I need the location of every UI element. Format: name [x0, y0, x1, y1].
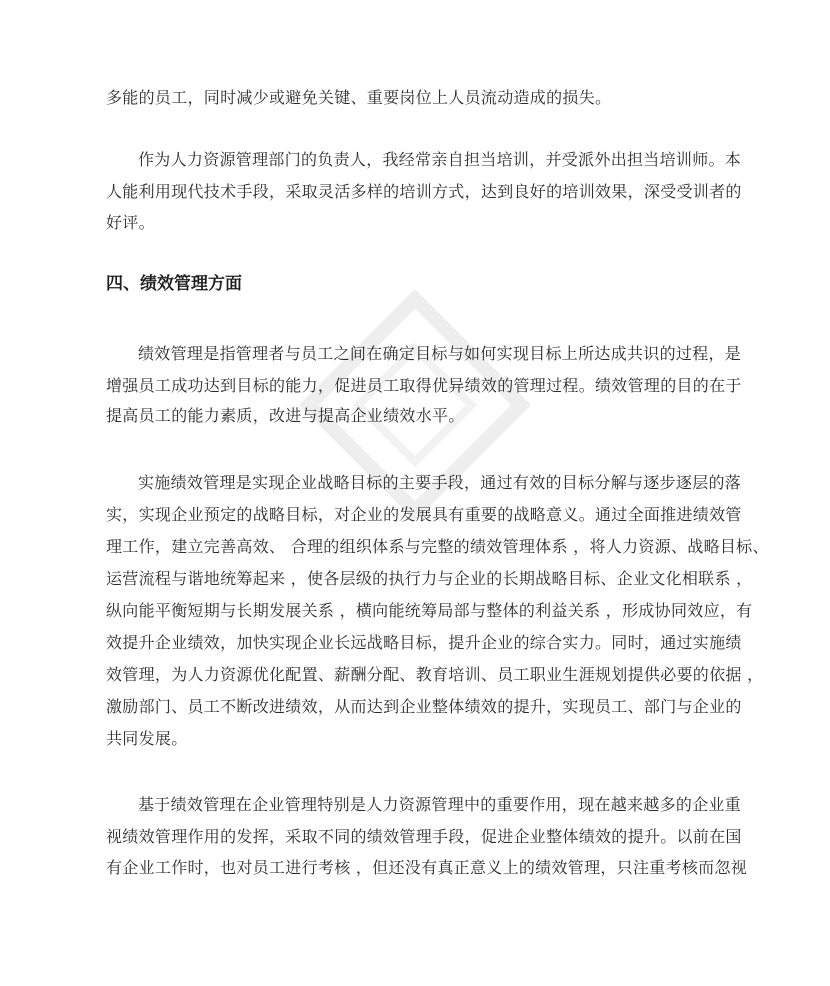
- section-heading: 四、绩效管理方面: [106, 273, 242, 295]
- paragraph-5-line: 视绩效管理作用的发挥，采取不同的绩效管理手段，促进企业整体绩效的提升。以前在国: [106, 827, 742, 847]
- paragraph-3-line: 绩效管理是指管理者与员工之间在确定目标与如何实现目标上所达成共识的过程，是: [138, 344, 741, 364]
- paragraph-1-line: 多能的员工，同时减少或避免关键、重要岗位上人员流动造成的损失。: [106, 88, 611, 108]
- paragraph-4-line: 运营流程与谐地统筹起来 ，使各层级的执行力与企业的长期战略目标、企业文化相联系 …: [106, 569, 752, 589]
- paragraph-3-line: 提高员工的能力素质，改进与提高企业绩效水平。: [106, 406, 465, 426]
- paragraph-4-line: 效管理，为人力资源优化配置、薪酬分配、教育培训、员工职业生涯规划提供必要的依据 …: [106, 665, 763, 685]
- paragraph-4-line: 实施绩效管理是实现企业战略目标的主要手段，通过有效的目标分解与逐步逐层的落: [138, 473, 741, 493]
- paragraph-4-line: 纵向能平衡短期与长期发展关系 ，横向能统筹局部与整体的利益关系 ，形成协同效应，…: [106, 601, 752, 621]
- paragraph-4-line: 激励部门、员工不断改进绩效，从而达到企业整体绩效的提升，实现员工、部门与企业的: [106, 697, 742, 717]
- paragraph-2-line: 人能利用现代技术手段，采取灵活多样的培训方式，达到良好的培训效果，深受受训者的: [106, 182, 742, 202]
- paragraph-4-line: 理工作，建立完善高效、 合理的组织体系与完整的绩效管理体系 ，将人力资源、战略目…: [106, 537, 769, 557]
- paragraph-2-line: 好评。: [106, 213, 155, 233]
- paragraph-4-line: 共同发展。: [106, 729, 188, 749]
- paragraph-2-line: 作为人力资源管理部门的负责人，我经常亲自担当培训，并受派外出担当培训师。本: [138, 150, 741, 170]
- paragraph-4-line: 效提升企业绩效，加快实现企业长远战略目标，提升企业的综合实力。同时，通过实施绩: [106, 633, 742, 653]
- paragraph-5-line: 基于绩效管理在企业管理特别是人力资源管理中的重要作用，现在越来越多的企业重: [138, 795, 741, 815]
- paragraph-3-line: 增强员工成功达到目标的能力，促进员工取得优异绩效的管理过程。绩效管理的目的在于: [106, 376, 742, 396]
- paragraph-5-line: 有企业工作时，也对员工进行考核 ，但还没有真正意义上的绩效管理，只注重考核而忽视: [106, 858, 747, 878]
- paragraph-4-line: 实，实现企业预定的战略目标，对企业的发展具有重要的战略意义。通过全面推进绩效管: [106, 505, 742, 525]
